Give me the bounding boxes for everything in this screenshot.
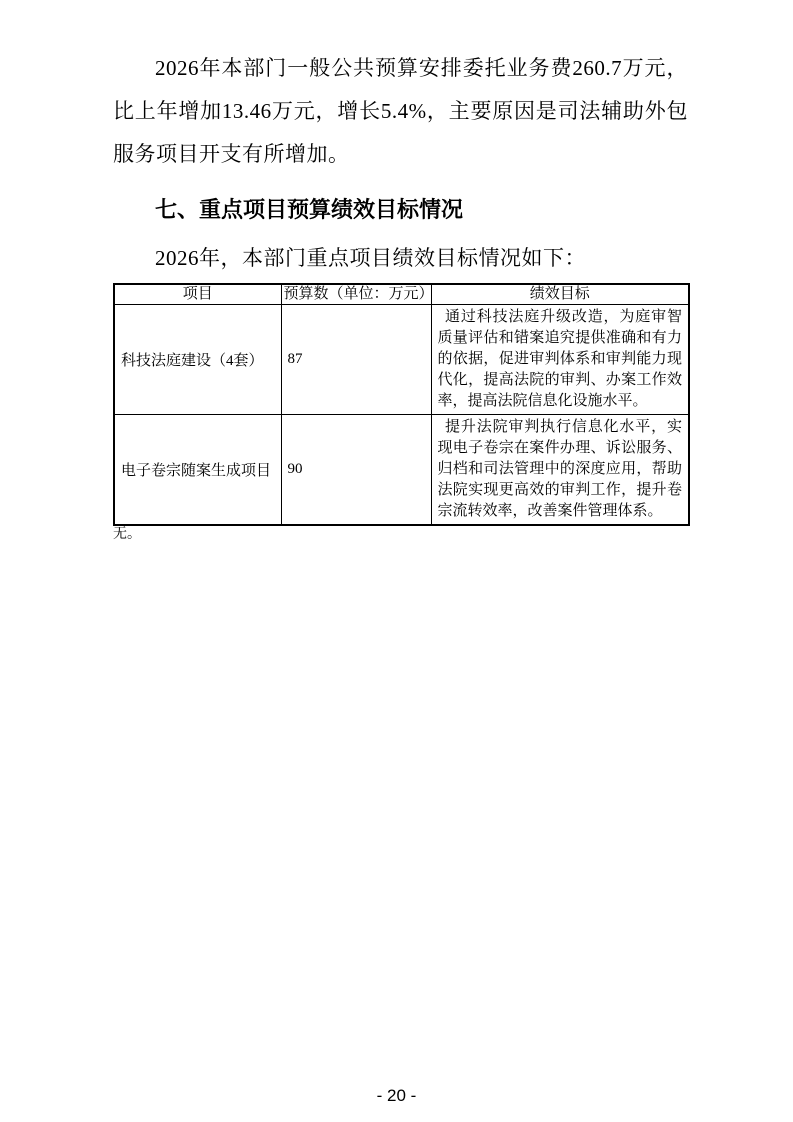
table-row: 电子卷宗随案生成项目 90 提升法院审判执行信息化水平，实现电子卷宗在案件办理、… [114,414,689,525]
performance-goals-table: 项目 预算数（单位：万元） 绩效目标 科技法庭建设（4套） 87 通过科技法庭升… [113,283,690,526]
note-none: 无。 [113,526,688,544]
section-heading-key-project-performance: 七、重点项目预算绩效目标情况 [113,196,688,224]
performance-goal: 提升法院审判执行信息化水平，实现电子卷宗在案件办理、诉讼服务、归档和司法管理中的… [431,414,689,525]
budget-value: 87 [281,304,431,414]
project-name: 科技法庭建设（4套） [114,304,281,414]
header-goal: 绩效目标 [431,284,689,304]
paragraph-intro: 2026年，本部门重点项目绩效目标情况如下： [113,237,688,280]
document-page: 2026年本部门一般公共预算安排委托业务费260.7万元，比上年增加13.46万… [0,0,793,1122]
budget-value: 90 [281,414,431,525]
project-name: 电子卷宗随案生成项目 [114,414,281,525]
header-budget: 预算数（单位：万元） [281,284,431,304]
page-number: - 20 - [0,1086,793,1106]
table-row: 科技法庭建设（4套） 87 通过科技法庭升级改造，为庭审智质量评估和错案追究提供… [114,304,689,414]
page-content: 2026年本部门一般公共预算安排委托业务费260.7万元，比上年增加13.46万… [113,0,688,544]
table-header-row: 项目 预算数（单位：万元） 绩效目标 [114,284,689,304]
performance-goal: 通过科技法庭升级改造，为庭审智质量评估和错案追究提供准确和有力的依据，促进审判体… [431,304,689,414]
header-project: 项目 [114,284,281,304]
paragraph-commission-fee: 2026年本部门一般公共预算安排委托业务费260.7万元，比上年增加13.46万… [113,47,688,176]
